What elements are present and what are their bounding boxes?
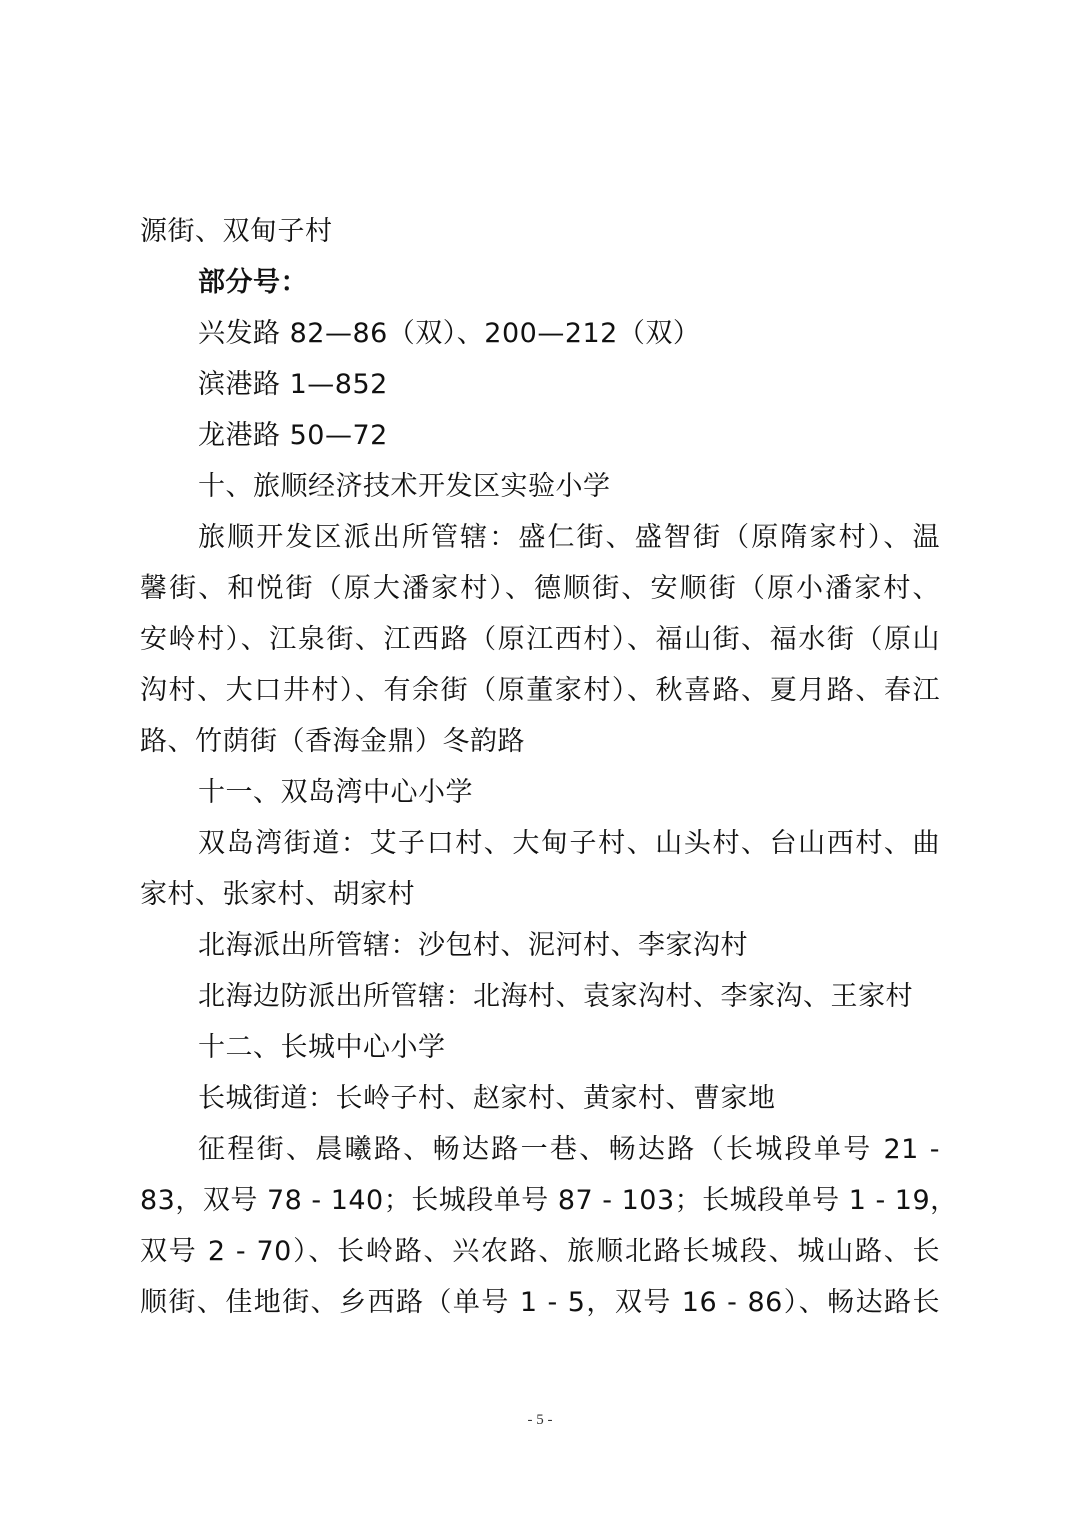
paragraph-line: 旅顺开发区派出所管辖：盛仁街、盛智街（原隋家村）、温 — [140, 512, 940, 563]
paragraph-line: 征程街、晨曦路、畅达路一巷、畅达路（长城段单号 21 - — [140, 1124, 940, 1175]
paragraph-line: 安岭村）、江泉街、江西路（原江西村）、福山街、福水街（原山 — [140, 614, 940, 665]
paragraph-line: 长城街道：长岭子村、赵家村、黄家村、曹家地 — [140, 1073, 940, 1124]
paragraph-line: 馨街、和悦街（原大潘家村）、德顺街、安顺街（原小潘家村、 — [140, 563, 940, 614]
paragraph-line: 家村、张家村、胡家村 — [140, 869, 940, 920]
paragraph-line: 北海边防派出所管辖：北海村、袁家沟村、李家沟、王家村 — [140, 971, 940, 1022]
document-body: 源街、双甸子村 部分号： 兴发路 82—86（双）、200—212（双） 滨港路… — [140, 206, 940, 1328]
document-page: 源街、双甸子村 部分号： 兴发路 82—86（双）、200—212（双） 滨港路… — [0, 0, 1080, 1524]
paragraph-line: 双岛湾街道：艾子口村、大甸子村、山头村、台山西村、曲 — [140, 818, 940, 869]
section-heading-12: 十二、长城中心小学 — [140, 1022, 940, 1073]
text-line-xingfa-road: 兴发路 82—86（双）、200—212（双） — [140, 308, 940, 359]
section-heading-10: 十、旅顺经济技术开发区实验小学 — [140, 461, 940, 512]
paragraph-line: 双号 2 - 70）、长岭路、兴农路、旅顺北路长城段、城山路、长 — [140, 1226, 940, 1277]
section-heading-11: 十一、双岛湾中心小学 — [140, 767, 940, 818]
paragraph-line: 83，双号 78 - 140；长城段单号 87 - 103；长城段单号 1 - … — [140, 1175, 940, 1226]
paragraph-line: 沟村、大口井村）、有余街（原董家村）、秋喜路、夏月路、春江 — [140, 665, 940, 716]
paragraph-line: 顺街、佳地街、乡西路（单号 1 - 5，双号 16 - 86）、畅达路长 — [140, 1277, 940, 1328]
page-number: - 5 - — [0, 1412, 1080, 1429]
text-line-continuation: 源街、双甸子村 — [140, 206, 940, 257]
subheading-partial-numbers: 部分号： — [140, 257, 940, 308]
paragraph-line: 北海派出所管辖：沙包村、泥河村、李家沟村 — [140, 920, 940, 971]
text-line-bingang-road: 滨港路 1—852 — [140, 359, 940, 410]
paragraph-line: 路、竹荫街（香海金鼎）冬韵路 — [140, 716, 940, 767]
text-line-longgang-road: 龙港路 50—72 — [140, 410, 940, 461]
